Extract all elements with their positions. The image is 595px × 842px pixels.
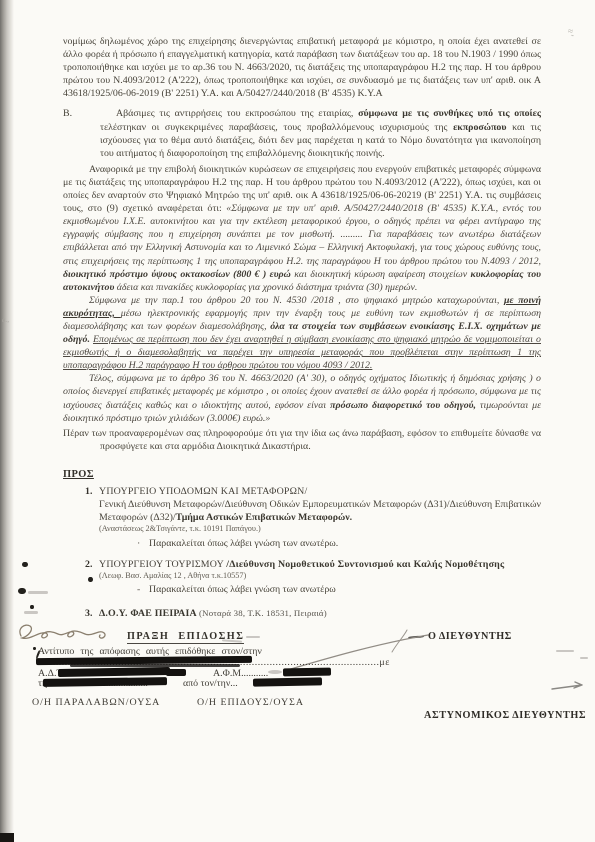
recipient-note: -Παρακαλείται όπως λάβει γνώση των ανωτέ… [99, 583, 541, 596]
redaction-bar [253, 677, 322, 686]
recipient-note: ·Παρακαλείται όπως λάβει γνώση των ανωτέ… [99, 537, 541, 550]
service-act-section: ΠΡΑΞΗ ΕΠΙΔΟΣΗΣ Ο ΔΙΕΥΘΥΝΤΗΣ Αντίτυπο της… [0, 624, 595, 742]
scan-ink-dot [88, 577, 93, 582]
scan-ink-dot [18, 588, 26, 594]
redaction-bar [166, 669, 186, 676]
paragraph-continued: νομίμως δηλωμένος χώρο της επιχείρησης δ… [63, 35, 541, 100]
pros-heading: ΠΡΟΣ [63, 468, 541, 481]
scan-smudge [268, 670, 282, 674]
segment: Τμήμα Αστικών Επιβατικών Μεταφορών. [176, 512, 353, 523]
recipient-2: 2. ΥΠΟΥΡΓΕΙΟΥ ΤΟΥΡΙΣΜΟΥ /Διεύθυνση Νομοθ… [63, 558, 541, 597]
segment: Δ.Ο.Υ. ΦΑΕ ΠΕΙΡΑΙΑ [99, 608, 199, 619]
segment: διοικητικό πρόστιμο ύψους οκτακοσίων (80… [63, 269, 294, 280]
paragraph-text: Πέραν των προαναφερομένων σας πληροφορού… [63, 428, 541, 452]
scan-corner-artifact [0, 833, 14, 842]
scan-smudge [28, 591, 48, 594]
redaction-bar [58, 667, 170, 677]
segment: και διοικητική κύρωση αφαίρεση στοιχείων [294, 269, 470, 280]
recipient-title: ΥΠΟΥΡΓΕΙΟ ΥΠΟΔΟΜΩΝ ΚΑΙ ΜΕΤΑΦΟΡΩΝ/ [99, 485, 541, 498]
redaction-bar [283, 668, 331, 677]
scanned-document-page: ≈̰ a., νομίμως δηλωμένος χώρο της επιχεί… [0, 0, 595, 842]
segment: ΥΠΟΥΡΓΕΙΟΥ ΤΟΥΡΙΣΜΟΥ [99, 559, 226, 570]
scan-artifact: a., [2, 316, 9, 324]
recipient-address: (Νοταρά 38, Τ.Κ. 18531, Πειραιά) [199, 608, 327, 618]
segment: εκπροσώπου [453, 122, 512, 133]
scan-artifact: ≈̰ [567, 26, 573, 37]
paragraph-b: Β. Αβάσιμες τις αντιρρήσεις του εκπροσώπ… [63, 107, 541, 159]
paragraph-text: νομίμως δηλωμένος χώρο της επιχείρησης δ… [63, 36, 541, 99]
paragraph-peran: Πέραν των προαναφερομένων σας πληροφορού… [63, 427, 541, 453]
segment: Αβάσιμες τις αντιρρήσεις του εκπροσώπου … [116, 108, 358, 119]
segment: Επομένως σε περίπτωση που δεν έχει αναρτ… [63, 334, 541, 371]
recipient-title: ΥΠΟΥΡΓΕΙΟΥ ΤΟΥΡΙΣΜΟΥ /Διεύθυνση Νομοθετι… [99, 558, 541, 571]
recipient-title: Δ.Ο.Υ. ΦΑΕ ΠΕΙΡΑΙΑ (Νοταρά 38, Τ.Κ. 1853… [99, 607, 541, 620]
paragraph-anaforika: Αναφορικά με την επιβολή διοικητικών κυρ… [63, 163, 541, 294]
recipient-address: (Λεωφ. Βασ. Αμαλίας 12 , Αθήνα τ.κ.10557… [99, 571, 541, 582]
recipient-number: 1. [85, 485, 99, 550]
scan-ink-dot [22, 562, 28, 567]
paragraph-mitroo: Σύμφωνα με την παρ.1 του άρθρου 20 του Ν… [63, 294, 541, 373]
service-act-heading: ΠΡΑΞΗ ΕΠΙΔΟΣΗΣ [127, 631, 244, 644]
recipient-department: Γενική Διεύθυνση Μεταφορών/Διεύθυνση Οδι… [99, 498, 541, 524]
recipient-3: 3. Δ.Ο.Υ. ΦΑΕ ΠΕΙΡΑΙΑ (Νοταρά 38, Τ.Κ. 1… [63, 607, 541, 621]
paragraph-b-label: Β. [63, 107, 72, 120]
segment: Σύμφωνα με την παρ.1 του άρθρου 20 του Ν… [89, 295, 504, 306]
segment: σύμφωνα με τις συνθήκες υπό τις οποίες [358, 108, 541, 119]
me-suffix: με [379, 657, 389, 668]
paragraph-telos: Τέλος, σύμφωνα με το άρθρο 36 του Ν. 466… [63, 372, 541, 424]
bullet: - [137, 583, 149, 596]
recipient-body: Δ.Ο.Υ. ΦΑΕ ΠΕΙΡΑΙΑ (Νοταρά 38, Τ.Κ. 1853… [99, 607, 541, 621]
bullet: · [137, 537, 149, 550]
recipient-body: ΥΠΟΥΡΓΕΙΟΥ ΤΟΥΡΙΣΜΟΥ /Διεύθυνση Νομοθετι… [99, 558, 541, 597]
receiver-label: Ο/Η ΠΑΡΑΛΑΒΩΝ/ΟΥΣΑ [32, 697, 160, 708]
recipient-1: 1. ΥΠΟΥΡΓΕΙΟ ΥΠΟΔΟΜΩΝ ΚΑΙ ΜΕΤΑΦΟΡΩΝ/ Γεν… [63, 485, 541, 550]
segment: /Διεύθυνση Νομοθετικού Συντονισμού και Κ… [226, 559, 504, 570]
redaction-bar [43, 677, 167, 687]
apo-label: από τον/την... [183, 678, 238, 689]
note-text: Παρακαλείται όπως λάβει γνώση των ανωτέρ… [149, 584, 336, 595]
paragraph-b-text: Αβάσιμες τις αντιρρήσεις του εκπροσώπου … [100, 107, 541, 159]
director-title: ΑΣΤΥΝΟΜΙΚΟΣ ΔΙΕΥΘΥΝΤΗΣ [424, 710, 586, 721]
note-text: Παρακαλείται όπως λάβει γνώση των ανωτέρ… [149, 538, 338, 549]
segment: άδεια και πινακίδες κυκλοφορίας για χρον… [117, 282, 418, 293]
segment: πρόσωπο διαφορετικό του οδηγού, [330, 400, 480, 411]
recipient-address: (Αναστάσεως 2&Τσιγάντε, τ.κ. 10191 Παπάγ… [99, 524, 541, 535]
director-label: Ο ΔΙΕΥΘΥΝΤΗΣ [428, 631, 512, 642]
segment: τελέστηκαν οι συγκεκριμένες παραβάσεις, … [100, 122, 453, 133]
scan-ink-dot [30, 605, 34, 609]
scan-smudge [24, 611, 38, 614]
recipient-number: 3. [85, 607, 99, 621]
recipient-body: ΥΠΟΥΡΓΕΙΟ ΥΠΟΔΟΜΩΝ ΚΑΙ ΜΕΤΑΦΟΡΩΝ/ Γενική… [99, 485, 541, 550]
server-label: Ο/Η ΕΠΙΔΟΥΣ/ΟΥΣΑ [197, 697, 304, 708]
document-body: νομίμως δηλωμένος χώρο της επιχείρησης δ… [63, 35, 541, 621]
